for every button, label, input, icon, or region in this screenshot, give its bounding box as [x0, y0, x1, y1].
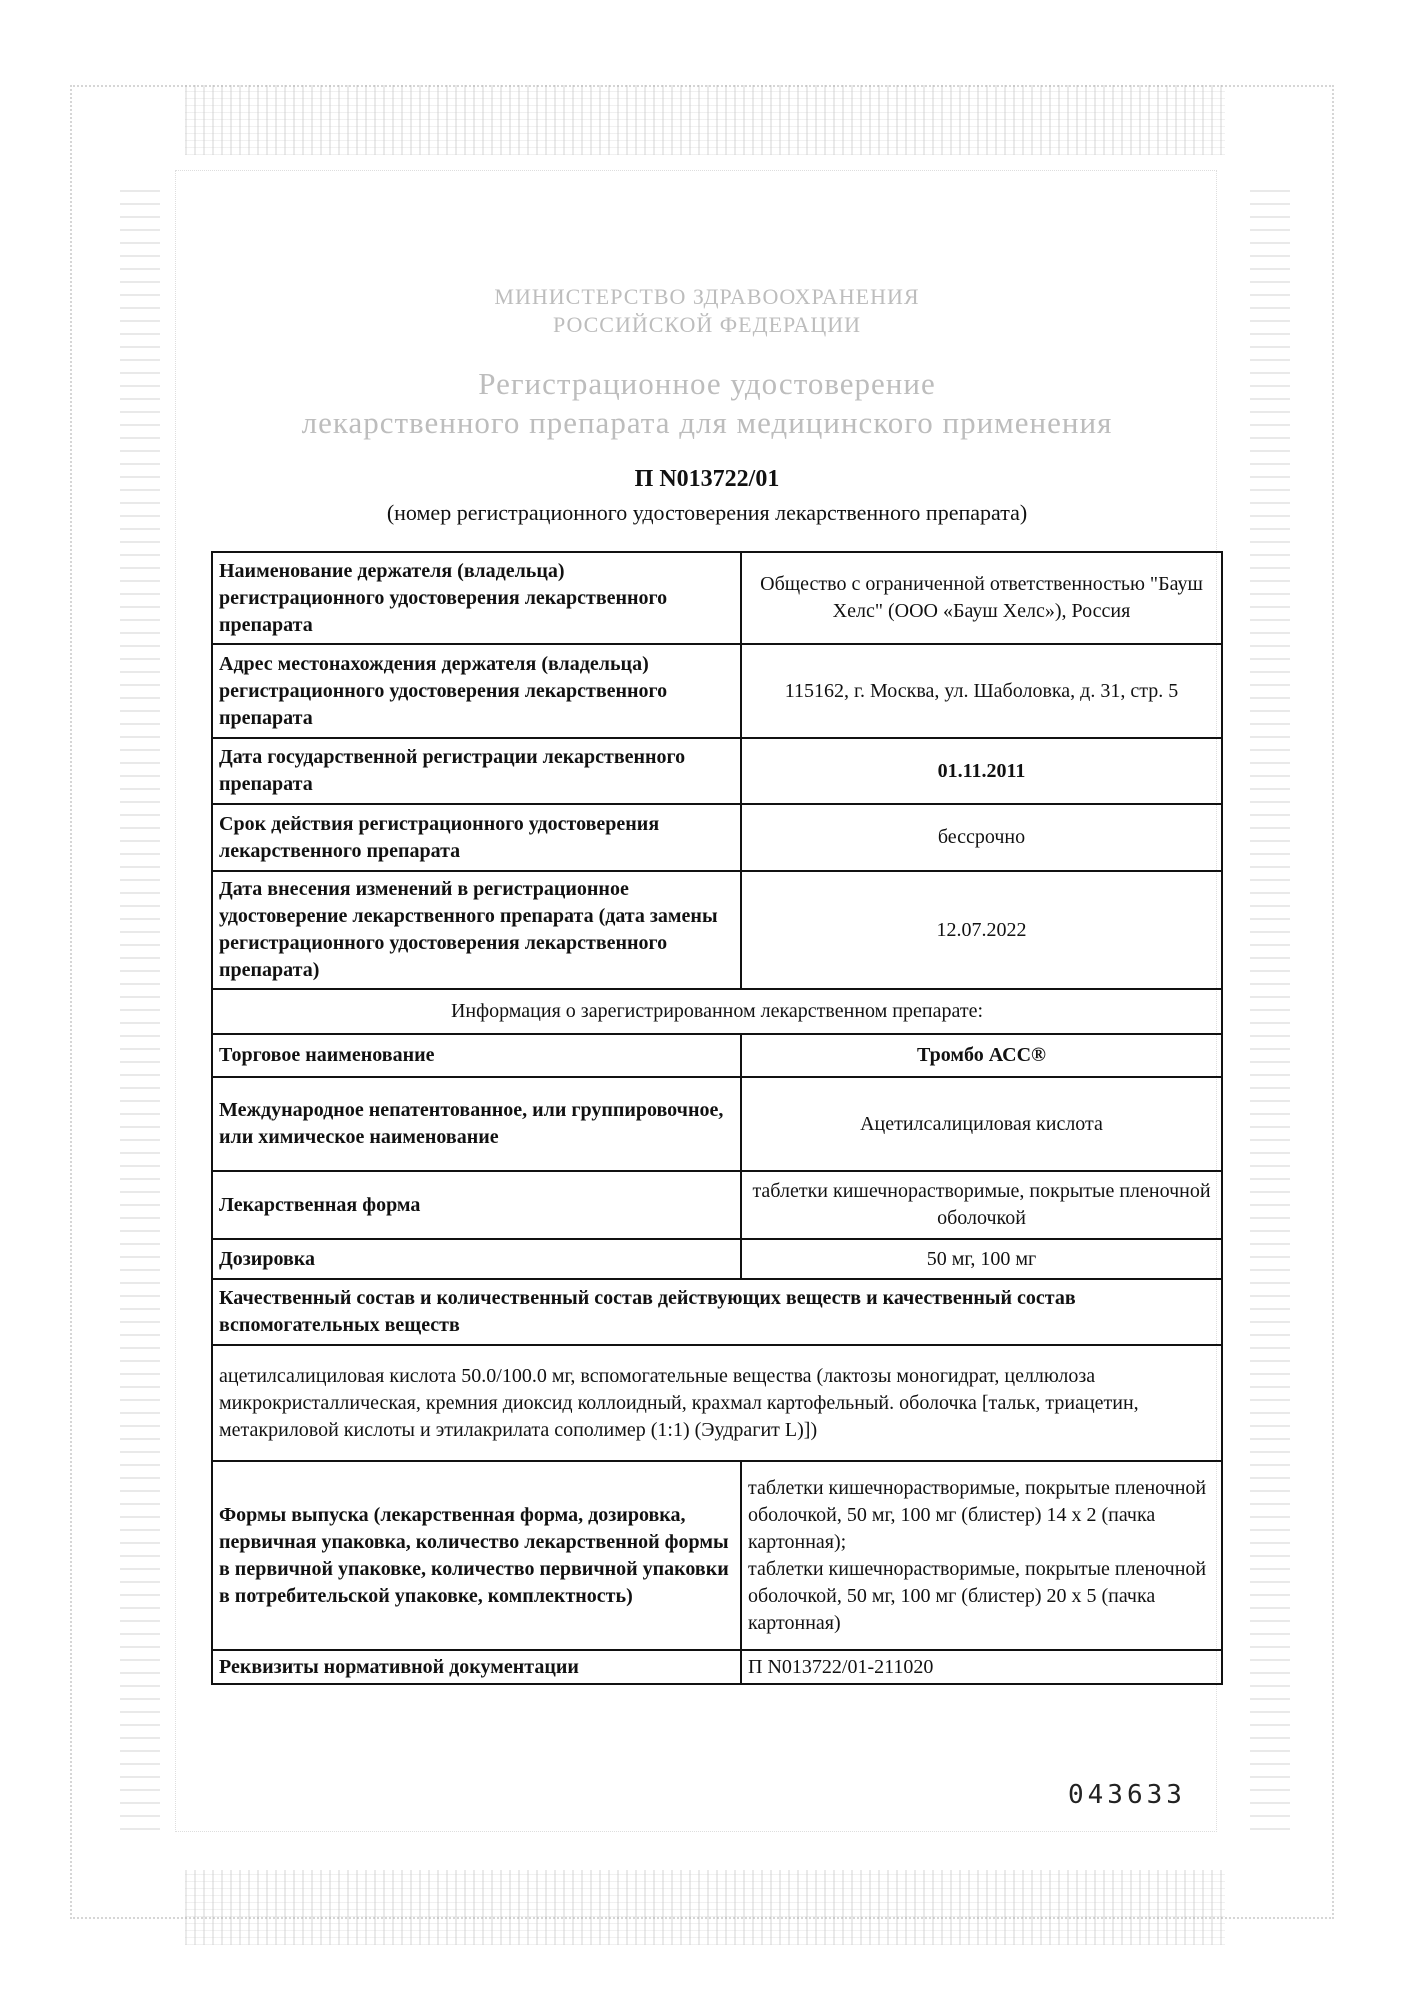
holder-name-value: Общество с ограниченной ответственностью… — [741, 552, 1222, 644]
table-row: Качественный состав и количественный сос… — [212, 1279, 1222, 1345]
document-title-line1: Регистрационное удостоверение — [0, 366, 1414, 402]
ornament-top — [185, 85, 1225, 155]
table-row: Международное непатентованное, или групп… — [212, 1077, 1222, 1171]
table-row: Дозировка 50 мг, 100 мг — [212, 1239, 1222, 1279]
table-row: Дата внесения изменений в регистрационно… — [212, 871, 1222, 989]
dosage-form-label: Лекарственная форма — [212, 1171, 741, 1239]
form-serial-number: 043633 — [1068, 1780, 1186, 1810]
composition-heading: Качественный состав и количественный сос… — [212, 1279, 1222, 1345]
release-form-1: таблетки кишечнорастворимые, покрытые пл… — [748, 1475, 1215, 1556]
trade-name-label: Торговое наименование — [212, 1034, 741, 1077]
table-row: Дата государственной регистрации лекарст… — [212, 738, 1222, 804]
document-title-line2: лекарственного препарата для медицинског… — [0, 405, 1414, 441]
release-forms-value: таблетки кишечнорастворимые, покрытые пл… — [741, 1461, 1222, 1650]
certificate-table: Наименование держателя (владельца) регис… — [211, 551, 1223, 1685]
dosage-form-value: таблетки кишечнорастворимые, покрытые пл… — [741, 1171, 1222, 1239]
normative-docs-value: П N013722/01-211020 — [741, 1650, 1222, 1684]
ornament-bottom — [185, 1870, 1225, 1945]
table-row: Формы выпуска (лекарственная форма, дози… — [212, 1461, 1222, 1650]
holder-address-label: Адрес местонахождения держателя (владель… — [212, 644, 741, 738]
table-row: ацетилсалициловая кислота 50.0/100.0 мг,… — [212, 1345, 1222, 1461]
ministry-name-line1: МИНИСТЕРСТВО ЗДРАВООХРАНЕНИЯ — [0, 284, 1414, 310]
holder-name-label: Наименование держателя (владельца) регис… — [212, 552, 741, 644]
inn-label: Международное непатентованное, или групп… — [212, 1077, 741, 1171]
validity-label: Срок действия регистрационного удостовер… — [212, 804, 741, 871]
table-row: Реквизиты нормативной документации П N01… — [212, 1650, 1222, 1684]
validity-value: бессрочно — [741, 804, 1222, 871]
table-row: Лекарственная форма таблетки кишечнораст… — [212, 1171, 1222, 1239]
ministry-name-line2: РОССИЙСКОЙ ФЕДЕРАЦИИ — [0, 312, 1414, 338]
table-row: Торговое наименование Тромбо АСС® — [212, 1034, 1222, 1077]
trade-name-value: Тромбо АСС® — [741, 1034, 1222, 1077]
amendment-date-value: 12.07.2022 — [741, 871, 1222, 989]
amendment-date-label: Дата внесения изменений в регистрационно… — [212, 871, 741, 989]
table-row: Адрес местонахождения держателя (владель… — [212, 644, 1222, 738]
table-row: Срок действия регистрационного удостовер… — [212, 804, 1222, 871]
dosage-label: Дозировка — [212, 1239, 741, 1279]
release-form-2: таблетки кишечнорастворимые, покрытые пл… — [748, 1556, 1215, 1637]
holder-address-value: 115162, г. Москва, ул. Шаболовка, д. 31,… — [741, 644, 1222, 738]
certificate-number: П N013722/01 — [0, 466, 1414, 493]
registration-date-label: Дата государственной регистрации лекарст… — [212, 738, 741, 804]
inn-value: Ацетилсалициловая кислота — [741, 1077, 1222, 1171]
registration-date-value: 01.11.2011 — [741, 738, 1222, 804]
dosage-value: 50 мг, 100 мг — [741, 1239, 1222, 1279]
drug-info-header: Информация о зарегистрированном лекарств… — [212, 989, 1222, 1034]
normative-docs-label: Реквизиты нормативной документации — [212, 1650, 741, 1684]
composition-text: ацетилсалициловая кислота 50.0/100.0 мг,… — [212, 1345, 1222, 1461]
table-row: Наименование держателя (владельца) регис… — [212, 552, 1222, 644]
release-forms-label: Формы выпуска (лекарственная форма, дози… — [212, 1461, 741, 1650]
certificate-number-caption: (номер регистрационного удостоверения ле… — [0, 500, 1414, 526]
table-row: Информация о зарегистрированном лекарств… — [212, 989, 1222, 1034]
